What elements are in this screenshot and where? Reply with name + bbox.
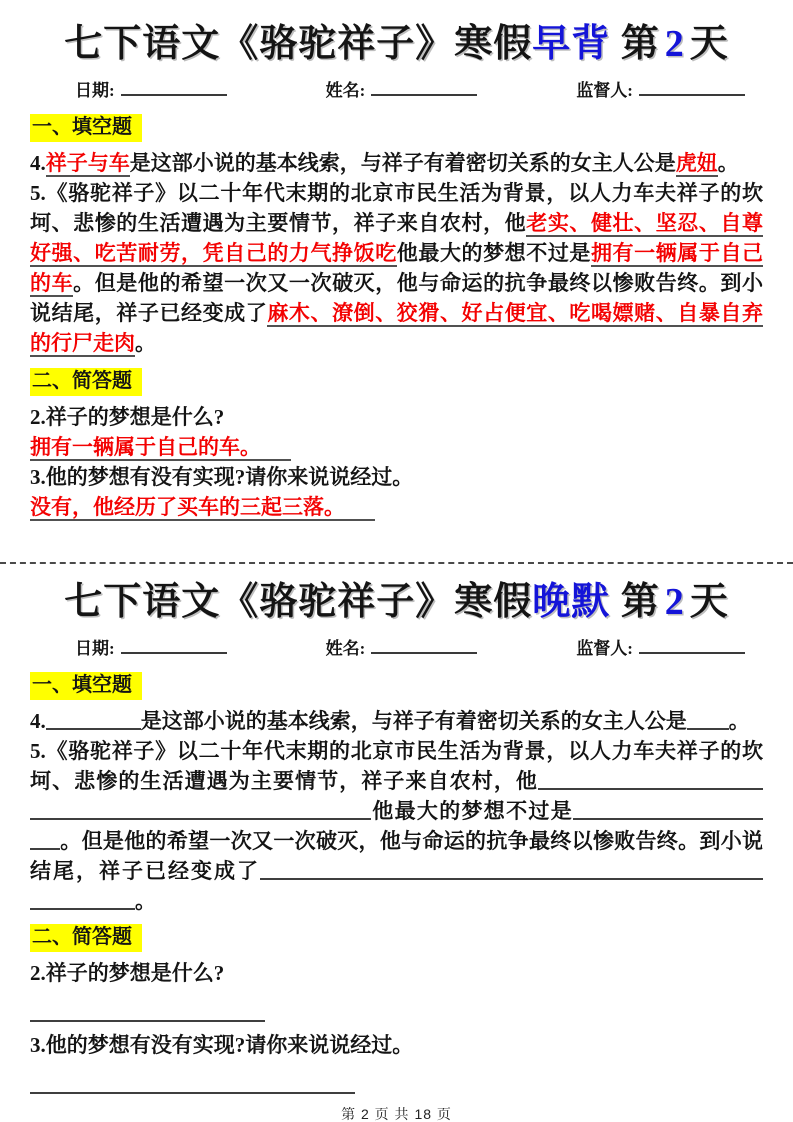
supervisor-blank [639, 82, 745, 96]
q5-number: 5. [30, 181, 46, 205]
q4-answer-2: 虎妞 [676, 151, 718, 177]
name-label: 姓名: [326, 639, 366, 658]
dashed-cut-line [0, 562, 793, 564]
morning-short-q2: 2.祥子的梦想是什么? [30, 402, 763, 432]
q5-number: 5. [30, 739, 46, 763]
supervisor-blank [639, 640, 745, 654]
evening-sheet: 七下语文《骆驼祥子》寒假晚默 第2天 日期: 姓名: 监督人: 一、填空题 4.… [30, 576, 763, 1094]
q3-answer-text: 没有，他经历了买车的三起三落。 [30, 495, 375, 521]
title-prefix: 七下语文《骆驼祥子》寒假 [64, 23, 532, 65]
evening-fields-row: 日期: 姓名: 监督人: [30, 636, 763, 662]
date-label: 日期: [75, 639, 115, 658]
supervisor-label: 监督人: [576, 639, 633, 658]
name-blank [371, 640, 477, 654]
morning-question-5: 5.《骆驼祥子》以二十年代末期的北京市民生活为背景，以人力车夫祥子的坎坷、悲惨的… [30, 178, 763, 358]
morning-question-4: 4.祥子与车是这部小说的基本线索，与祥子有着密切关系的女主人公是虎妞。 [30, 148, 763, 178]
name-field: 姓名: [326, 636, 478, 662]
morning-section-short-heading: 二、简答题 [30, 368, 142, 396]
date-field: 日期: [75, 78, 227, 104]
morning-short-q3: 3.他的梦想有没有实现?请你来说说经过。 [30, 462, 763, 492]
title-day-pre: 第 [621, 23, 660, 65]
fill-blank [46, 714, 141, 730]
name-field: 姓名: [326, 78, 478, 104]
supervisor-field: 监督人: [576, 636, 745, 662]
title-day-number: 2 [660, 23, 690, 65]
evening-title: 七下语文《骆驼祥子》寒假晚默 第2天 [30, 576, 763, 628]
q5-text-2: 他最大的梦想不过是 [371, 799, 573, 823]
name-label: 姓名: [326, 81, 366, 100]
supervisor-field: 监督人: [576, 78, 745, 104]
supervisor-label: 监督人: [576, 81, 633, 100]
title-day-pre: 第 [621, 581, 660, 623]
title-day-number: 2 [660, 581, 690, 623]
evening-question-5: 5.《骆驼祥子》以二十年代末期的北京市民生活为背景，以人力车夫祥子的坎坷、悲惨的… [30, 736, 763, 916]
q5-period: 。 [135, 331, 156, 355]
morning-short-q3-answer: 没有，他经历了买车的三起三落。 [30, 492, 763, 522]
evening-section-short-heading: 二、简答题 [30, 924, 142, 952]
q4-period: 。 [729, 709, 750, 733]
name-blank [371, 82, 477, 96]
morning-fields-row: 日期: 姓名: 监督人: [30, 78, 763, 104]
q4-number: 4. [30, 709, 46, 733]
fill-blank [30, 834, 60, 850]
fill-blank [687, 714, 729, 730]
title-mode-morning: 早背 [532, 23, 610, 65]
q4-text: 是这部小说的基本线索，与祥子有着密切关系的女主人公是 [130, 151, 676, 175]
evening-question-4: 4.是这部小说的基本线索，与祥子有着密切关系的女主人公是。 [30, 706, 763, 736]
morning-sheet: 七下语文《骆驼祥子》寒假早背 第2天 日期: 姓名: 监督人: 一、填空题 4.… [30, 18, 763, 522]
date-blank [121, 640, 227, 654]
title-prefix: 七下语文《骆驼祥子》寒假 [64, 581, 532, 623]
q5-period: 。 [135, 889, 156, 913]
page-number-footer: 第 2 页 共 18 页 [30, 1104, 763, 1122]
fill-blank [30, 894, 135, 910]
q2-answer-text: 拥有一辆属于自己的车。 [30, 435, 291, 461]
fill-blank [573, 804, 763, 820]
q4-answer-1: 祥子与车 [46, 151, 130, 177]
q4-number: 4. [30, 151, 46, 175]
title-day-post: 天 [690, 581, 729, 623]
fill-blank [260, 864, 763, 880]
fill-blank [30, 804, 371, 820]
date-label: 日期: [75, 81, 115, 100]
morning-title: 七下语文《骆驼祥子》寒假早背 第2天 [30, 18, 763, 70]
morning-short-q2-answer: 拥有一辆属于自己的车。 [30, 432, 763, 462]
q5-text-2: 他最大的梦想不过是 [397, 241, 591, 265]
evening-short-q3: 3.他的梦想有没有实现?请你来说说经过。 [30, 1030, 763, 1060]
worksheet-page: 七下语文《骆驼祥子》寒假早背 第2天 日期: 姓名: 监督人: 一、填空题 4.… [0, 0, 793, 1122]
evening-section-fill-heading: 一、填空题 [30, 672, 142, 700]
fill-blank [538, 774, 763, 790]
date-field: 日期: [75, 636, 227, 662]
title-mode-evening: 晚默 [532, 581, 610, 623]
title-day-post: 天 [690, 23, 729, 65]
answer-blank-line [30, 1060, 355, 1094]
evening-short-q2: 2.祥子的梦想是什么? [30, 958, 763, 988]
q4-period: 。 [718, 151, 739, 175]
date-blank [121, 82, 227, 96]
answer-blank-line [30, 988, 265, 1022]
morning-section-fill-heading: 一、填空题 [30, 114, 142, 142]
q4-text: 是这部小说的基本线索，与祥子有着密切关系的女主人公是 [141, 709, 687, 733]
